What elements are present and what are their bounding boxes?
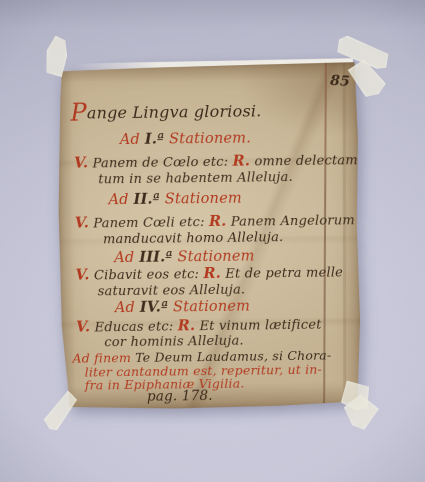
versicle-mark: V. (76, 318, 90, 335)
title-text: ange Lingva gloriosi. (87, 101, 262, 122)
versicle-mark: V. (75, 214, 89, 231)
verse-text: Educas etc: (90, 319, 178, 335)
manuscript-paper-surface: 85 Pange Lingva gloriosi. Ad I.ª Station… (57, 62, 361, 410)
station-3-verse-line-1: V. Cibavit eos etc: R. Et de petra melle (75, 263, 343, 283)
header-ad: Ad (114, 250, 139, 266)
station-numeral: III.ª (139, 248, 173, 265)
response-mark: R. (233, 152, 251, 169)
header-ad: Ad (120, 132, 145, 148)
response-text: Et de petra melle (221, 265, 343, 281)
photo-of-manuscript: 85 Pange Lingva gloriosi. Ad I.ª Station… (0, 0, 425, 482)
station-1-verse-line-2: tum in se habentem Alleluja. (98, 170, 293, 187)
page-number: 85 (330, 73, 351, 90)
verse-text: Panem de Cœlo etc: (88, 155, 233, 172)
station-2-verse-line-2: manducavit homo Alleluja. (103, 230, 284, 247)
station-2-verse-line-1: V. Panem Cœli etc: R. Panem Angelorum (75, 211, 355, 231)
station-4-verse-line-2: cor hominis Alleluja. (104, 334, 244, 351)
response-text: omne delectamen- (250, 153, 361, 170)
verse-text: Panem Cœli etc: (89, 215, 209, 231)
response-mark: R. (209, 213, 227, 230)
station-numeral: II.ª (133, 191, 160, 208)
response-mark: R. (203, 265, 221, 282)
header-stationem: Stationem. (164, 130, 251, 147)
station-1-verse-line-1: V. Panem de Cœlo etc: R. omne delectamen… (74, 151, 361, 172)
manuscript-page: 85 Pange Lingva gloriosi. Ad I.ª Station… (57, 62, 361, 410)
header-stationem: Stationem (173, 248, 255, 265)
hymn-title: Pange Lingva gloriosi. (70, 101, 261, 122)
header-stationem: Stationem (168, 299, 250, 316)
header-ad: Ad (108, 192, 133, 208)
versicle-mark: V. (75, 266, 89, 283)
response-text: Et vinum lætificet (195, 318, 322, 335)
station-3-header: Ad III.ª Stationem (114, 247, 255, 266)
response-mark: R. (178, 317, 196, 334)
verse-text: Cibavit eos etc: (90, 267, 204, 283)
header-ad: Ad (115, 300, 140, 316)
station-numeral: I.ª (145, 131, 165, 148)
station-1-header: Ad I.ª Stationem. (120, 129, 251, 148)
title-initial: P (70, 98, 87, 126)
versicle-mark: V. (74, 154, 88, 171)
page-reference: pag. 178. (147, 388, 213, 405)
station-4-verse-line-1: V. Educas etc: R. Et vinum lætificet (76, 316, 322, 336)
station-2-header: Ad II.ª Stationem (108, 190, 242, 209)
station-4-header: Ad IV.ª Stationem (115, 298, 250, 317)
header-stationem: Stationem (160, 191, 242, 208)
response-text: Panem Angelorum (226, 213, 355, 230)
station-numeral: IV.ª (140, 299, 169, 316)
paper-crease (343, 62, 347, 406)
